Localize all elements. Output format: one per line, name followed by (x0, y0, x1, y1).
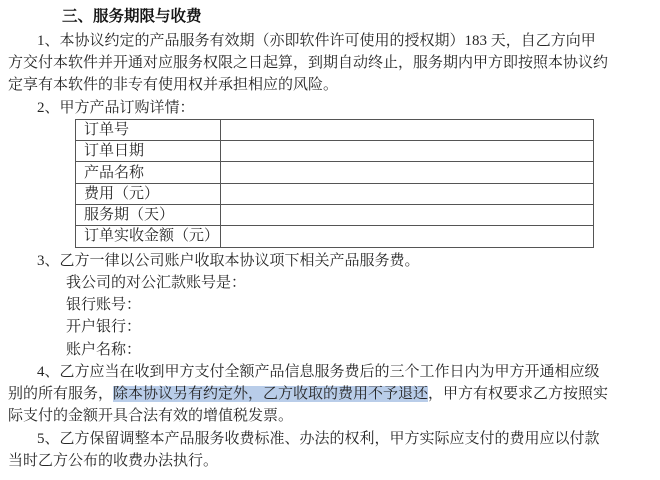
remittance-info: 我公司的对公汇款账号是：银行账号：开户银行：账户名称： (66, 272, 620, 361)
clause-1: 1、本协议约定的产品服务有效期（亦即软件许可使用的授权期）183 天，自乙方向甲… (8, 30, 620, 97)
table-row: 订单号 (76, 119, 594, 140)
order-field-value-cell (221, 205, 594, 226)
clause-5: 5、乙方保留调整本产品服务收费标准、办法的权利，甲方实际应支付的费用应以付款 当… (8, 428, 620, 472)
order-field-value-cell (221, 183, 594, 204)
order-details-table: 订单号订单日期产品名称费用（元）服务期（天）订单实收金额（元） (75, 119, 594, 248)
order-field-value-cell (221, 226, 594, 247)
remittance-line: 开户银行： (66, 316, 620, 338)
clause-3: 3、乙方一律以公司账户收取本协议项下相关产品服务费。 (8, 250, 620, 272)
order-table-body: 订单号订单日期产品名称费用（元）服务期（天）订单实收金额（元） (76, 119, 594, 247)
clause-4: 4、乙方应当在收到甲方支付全额产品信息服务费后的三个工作日内为甲方开通相应级 别… (8, 361, 620, 428)
order-field-value-cell (221, 162, 594, 183)
order-field-label: 订单日期 (76, 141, 221, 162)
table-row: 费用（元） (76, 183, 594, 204)
section-heading: 三、服务期限与收费 (62, 6, 620, 28)
order-field-value-cell (221, 141, 594, 162)
table-row: 订单实收金额（元） (76, 226, 594, 247)
order-field-label: 产品名称 (76, 162, 221, 183)
remittance-line: 我公司的对公汇款账号是： (66, 272, 620, 294)
table-row: 产品名称 (76, 162, 594, 183)
order-field-label: 服务期（天） (76, 205, 221, 226)
order-field-label: 订单实收金额（元） (76, 226, 221, 247)
table-row: 服务期（天） (76, 205, 594, 226)
order-field-value-cell (221, 119, 594, 140)
order-field-label: 订单号 (76, 119, 221, 140)
clause-2-intro: 2、甲方产品订购详情： (8, 97, 620, 119)
contract-page: 三、服务期限与收费 1、本协议约定的产品服务有效期（亦即软件许可使用的授权期）1… (0, 0, 660, 480)
order-field-label: 费用（元） (76, 183, 221, 204)
remittance-line: 银行账号： (66, 294, 620, 316)
table-row: 订单日期 (76, 141, 594, 162)
clause-4-highlighted-text: 除本协议另有约定外，乙方收取的费用不予退还 (113, 386, 428, 402)
remittance-line: 账户名称： (66, 339, 620, 361)
